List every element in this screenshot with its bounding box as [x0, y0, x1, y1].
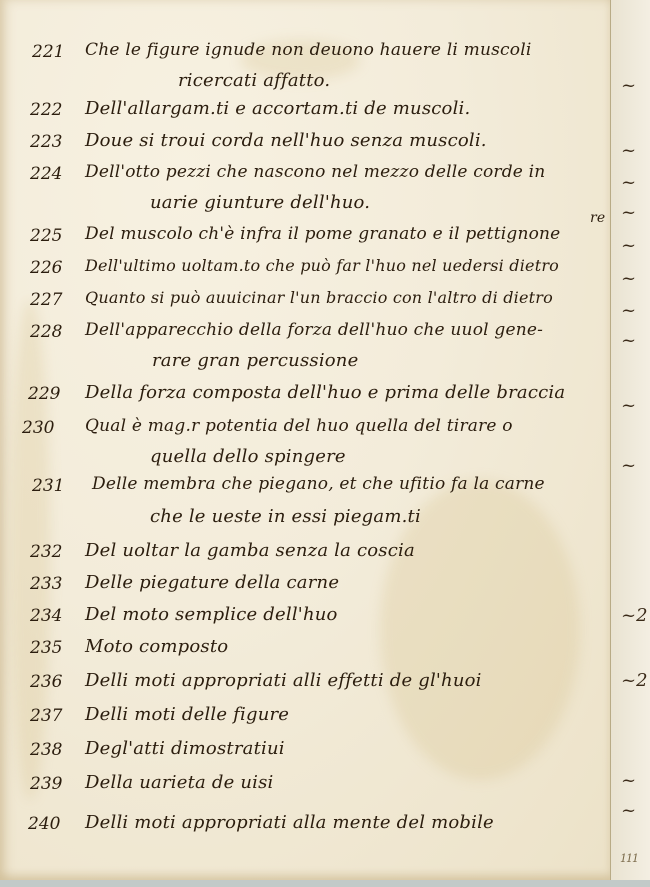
manuscript-page: 221 Che le figure ignude non deuono haue…	[0, 0, 610, 880]
entry-number: 225	[30, 226, 62, 246]
entry-line: Delle piegature della carne	[85, 572, 339, 593]
entry-line: rare gran percussione	[152, 350, 358, 371]
entry-number: 232	[30, 542, 62, 562]
entry-line: Moto composto	[85, 636, 228, 657]
entry-number: 226	[30, 258, 62, 278]
entry-line: Dell'apparecchio della forza dell'huo ch…	[85, 320, 543, 340]
adjacent-mark: ~2	[621, 670, 648, 691]
entry-line: Dell'ultimo uoltam.to che può far l'huo …	[85, 256, 559, 275]
adjacent-mark: ~	[621, 268, 636, 289]
entry-number: 231	[32, 476, 64, 496]
entry-line: Delle membra che piegano, et che ufitio …	[92, 474, 545, 494]
adjacent-mark: ~2	[621, 605, 648, 626]
adjacent-mark: ~	[621, 455, 636, 476]
folio-number: 111	[620, 852, 638, 865]
entry-number: 239	[30, 774, 62, 794]
adjacent-mark: ~	[621, 800, 636, 821]
adjacent-mark: ~	[621, 75, 636, 96]
entry-line: che le ueste in essi piegam.ti	[150, 506, 421, 527]
margin-note: re	[590, 210, 605, 226]
entry-number: 236	[30, 672, 62, 692]
entry-line: Degl'atti dimostratiui	[85, 738, 285, 759]
adjacent-mark: ~	[621, 172, 636, 193]
adjacent-page-edge: ~ ~ ~ ~ ~ ~ ~ ~ ~ ~ ~2 ~2 ~ ~	[610, 0, 650, 880]
entry-number: 228	[30, 322, 62, 342]
entry-line: Delli moti delle figure	[85, 704, 289, 725]
adjacent-mark: ~	[621, 235, 636, 256]
entry-line: Dell'allargam.ti e accortam.ti de muscol…	[85, 98, 470, 119]
entry-number: 237	[30, 706, 62, 726]
entry-number: 224	[30, 164, 62, 184]
entry-line: quella dello spingere	[150, 446, 346, 467]
entry-line: Delli moti appropriati alla mente del mo…	[85, 812, 494, 833]
entry-line: Del uoltar la gamba senza la coscia	[85, 540, 415, 561]
entry-line: Dell'otto pezzi che nascono nel mezzo de…	[85, 162, 545, 182]
entry-number: 233	[30, 574, 62, 594]
entry-line: Che le figure ignude non deuono hauere l…	[85, 40, 531, 60]
background-edge	[0, 880, 650, 887]
entry-line: Del moto semplice dell'huo	[85, 604, 338, 625]
entry-number: 223	[30, 132, 62, 152]
entry-line: ricercati affatto.	[178, 70, 330, 91]
adjacent-mark: ~	[621, 140, 636, 161]
entry-number: 238	[30, 740, 62, 760]
entry-number: 234	[30, 606, 62, 626]
entry-number: 222	[30, 100, 62, 120]
entry-number: 227	[30, 290, 62, 310]
entry-line: Del muscolo ch'è infra il pome granato e…	[85, 224, 560, 244]
entry-line: Doue si troui corda nell'huo senza musco…	[85, 130, 487, 151]
entry-number: 221	[32, 42, 64, 62]
entry-line: Della uarieta de uisi	[85, 772, 274, 793]
entry-line: Delli moti appropriati alli effetti de g…	[85, 670, 482, 691]
adjacent-mark: ~	[621, 300, 636, 321]
adjacent-mark: ~	[621, 770, 636, 791]
entry-line: uarie giunture dell'huo.	[150, 192, 370, 213]
entry-line: Della forza composta dell'huo e prima de…	[85, 382, 565, 403]
entry-line: Qual è mag.r potentia del huo quella del…	[85, 416, 513, 436]
entry-number: 240	[28, 814, 60, 834]
adjacent-mark: ~	[621, 202, 636, 223]
entry-line: Quanto si può auuicinar l'un braccio con…	[85, 288, 553, 307]
adjacent-mark: ~	[621, 330, 636, 351]
entry-number: 235	[30, 638, 62, 658]
entry-number: 229	[28, 384, 60, 404]
entry-number: 230	[22, 418, 54, 438]
adjacent-mark: ~	[621, 395, 636, 416]
